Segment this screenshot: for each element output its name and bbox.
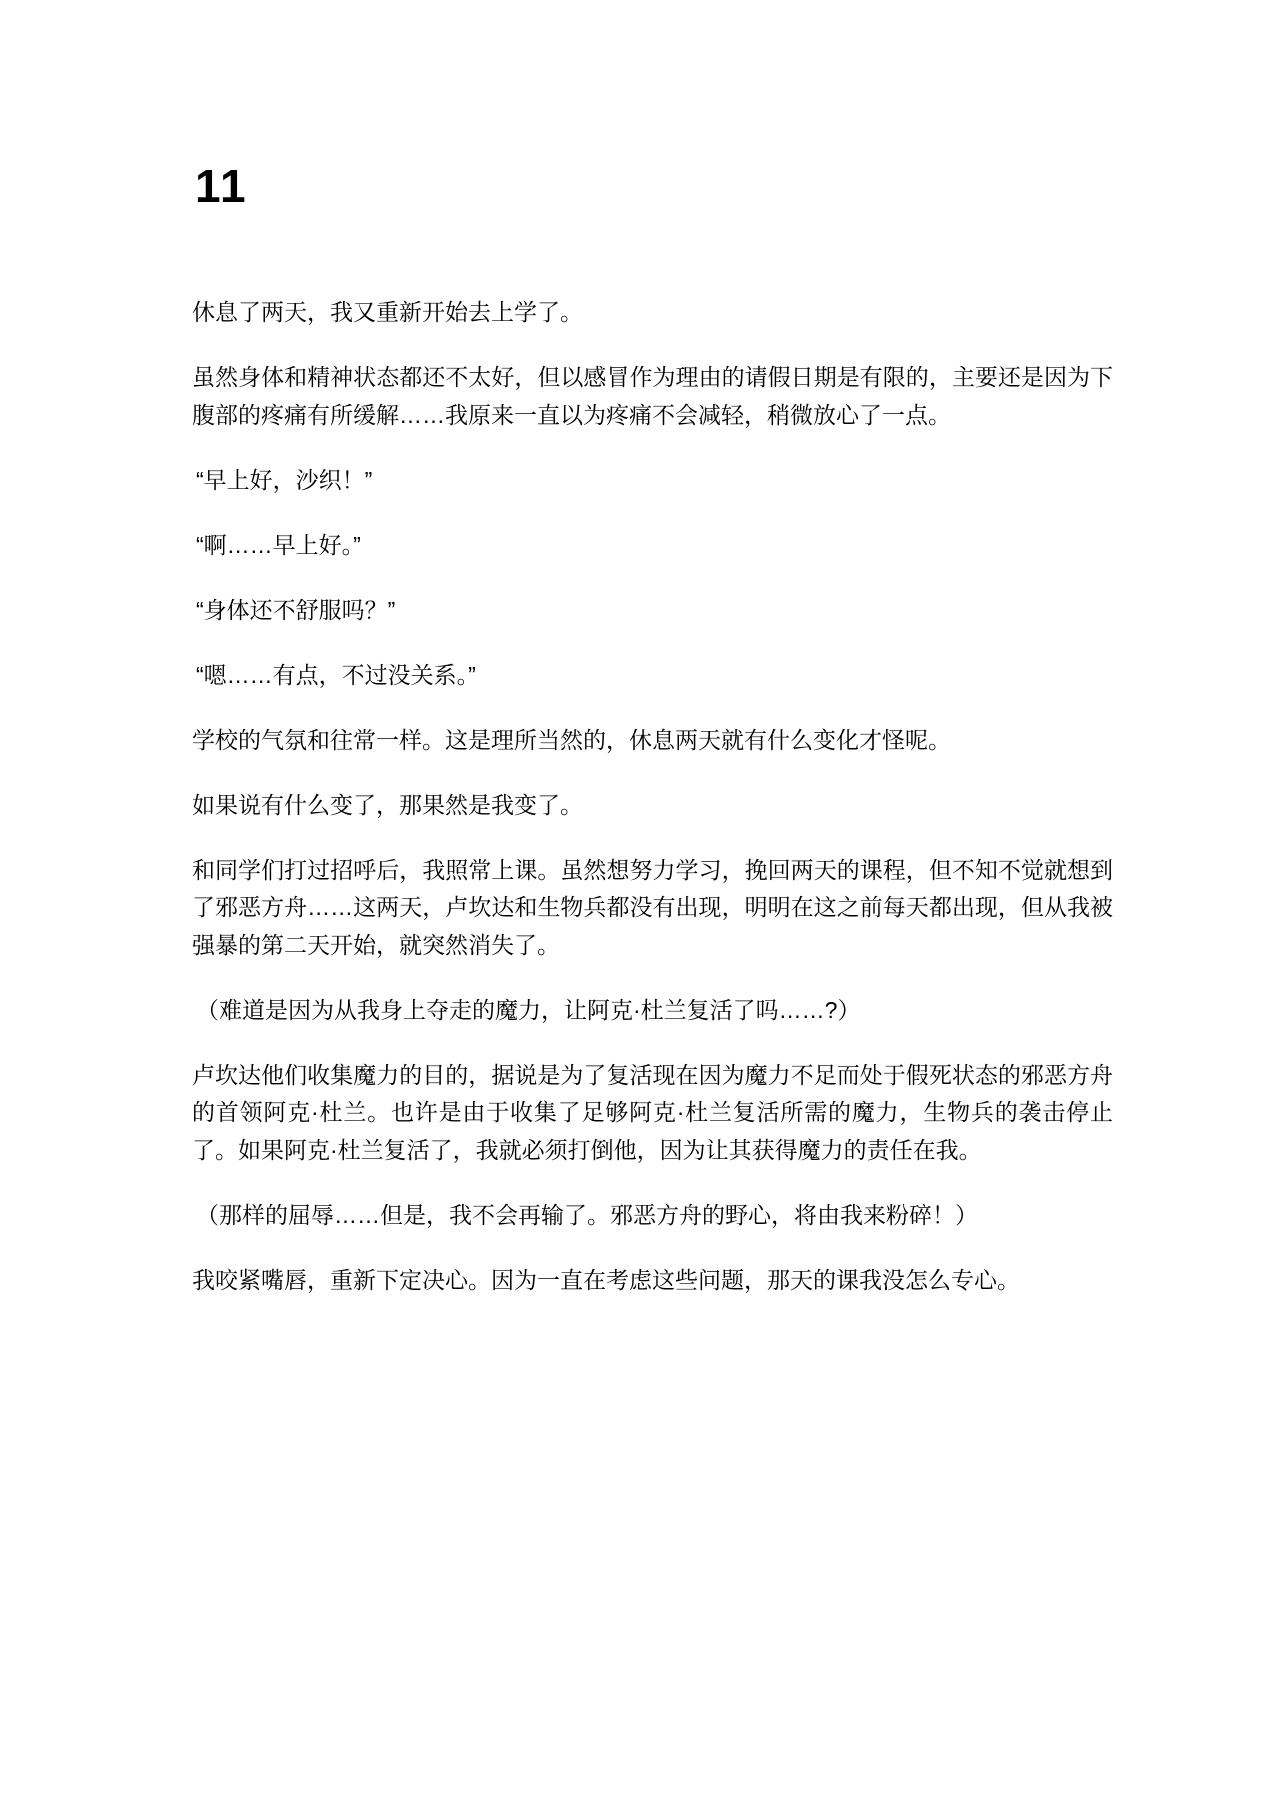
dialogue-paragraph: “嗯……有点，不过没关系。” (192, 657, 1113, 695)
body-paragraph: 虽然身体和精神状态都还不太好，但以感冒作为理由的请假日期是有限的，主要还是因为下… (192, 359, 1113, 434)
thought-paragraph: （难道是因为从我身上夺走的魔力，让阿克·杜兰复活了吗……?） (192, 992, 1113, 1030)
thought-paragraph: （那样的屈辱……但是，我不会再输了。邪恶方舟的野心，将由我来粉碎！） (192, 1197, 1113, 1235)
dialogue-paragraph: “身体还不舒服吗？” (192, 592, 1113, 630)
body-paragraph: 我咬紧嘴唇，重新下定决心。因为一直在考虑这些问题，那天的课我没怎么专心。 (192, 1262, 1113, 1300)
dialogue-paragraph: “早上好，沙织！” (192, 462, 1113, 500)
body-paragraph: 休息了两天，我又重新开始去上学了。 (192, 294, 1113, 332)
document-page: 11 休息了两天，我又重新开始去上学了。虽然身体和精神状态都还不太好，但以感冒作… (0, 0, 1280, 1811)
body-paragraph: 如果说有什么变了，那果然是我变了。 (192, 787, 1113, 825)
body-paragraph: 学校的气氛和往常一样。这是理所当然的，休息两天就有什么变化才怪呢。 (192, 722, 1113, 760)
chapter-number: 11 (195, 160, 248, 212)
body-paragraph: 卢坎达他们收集魔力的目的，据说是为了复活现在因为魔力不足而处于假死状态的邪恶方舟… (192, 1057, 1113, 1170)
body-paragraph: 和同学们打过招呼后，我照常上课。虽然想努力学习，挽回两天的课程，但不知不觉就想到… (192, 852, 1113, 965)
body-text: 休息了两天，我又重新开始去上学了。虽然身体和精神状态都还不太好，但以感冒作为理由… (192, 294, 1113, 1327)
dialogue-paragraph: “啊……早上好。” (192, 527, 1113, 565)
